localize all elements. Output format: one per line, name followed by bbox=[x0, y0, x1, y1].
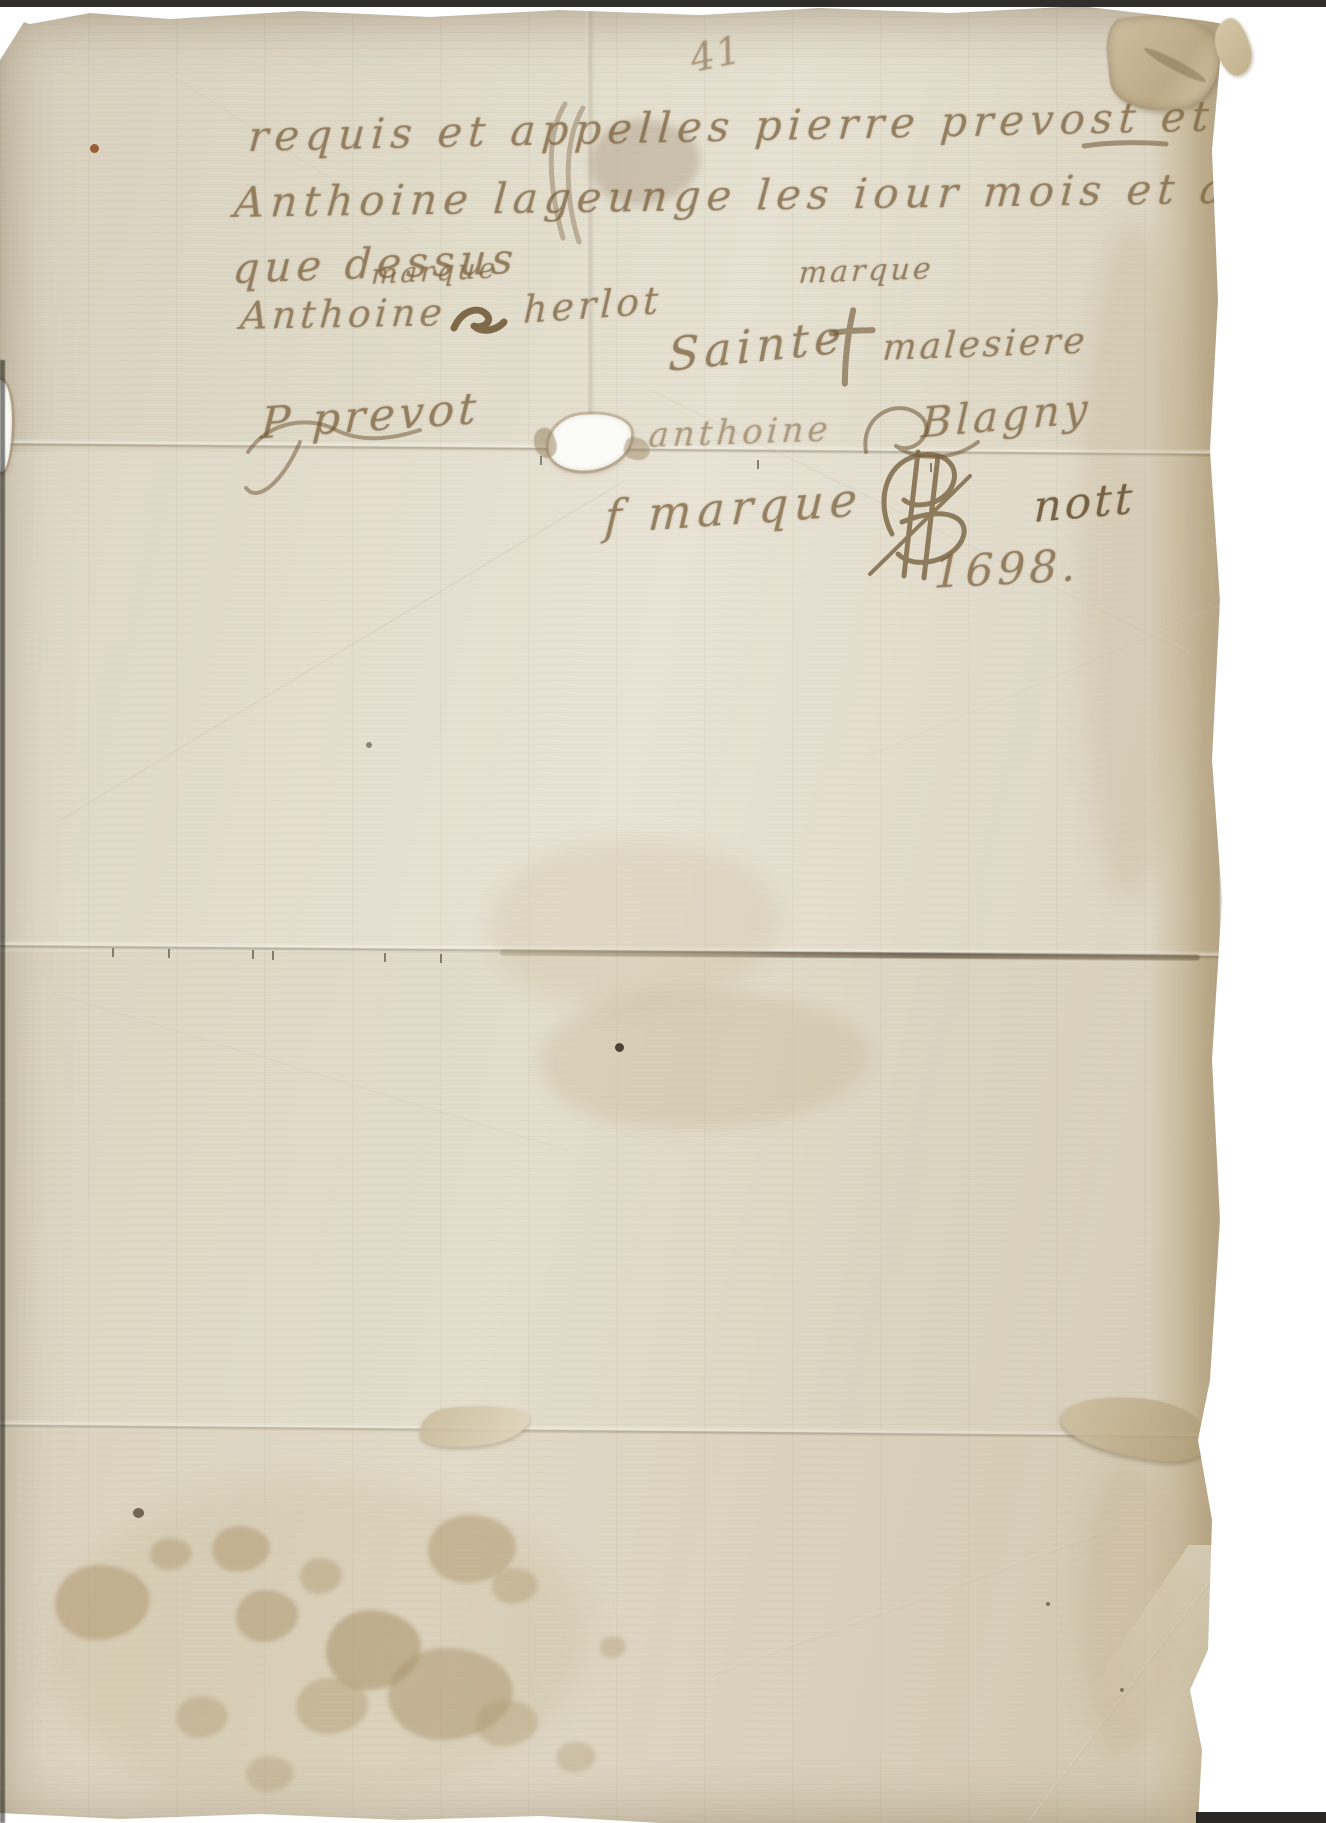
scanner-edge-top bbox=[0, 0, 1326, 7]
name-anthoine-faint: anthoine bbox=[647, 410, 833, 457]
notary-monogram-icon bbox=[854, 438, 986, 584]
stitch-mark bbox=[440, 954, 442, 963]
cross-mark-icon bbox=[816, 301, 881, 394]
stitch-mark bbox=[252, 950, 254, 959]
stitch-mark bbox=[168, 949, 170, 958]
dark-speck bbox=[615, 1043, 624, 1052]
notary-abbreviation: nott bbox=[1033, 473, 1136, 533]
scanner-edge-left bbox=[0, 360, 5, 1823]
dark-speck bbox=[133, 1508, 144, 1518]
dark-speck bbox=[1046, 1602, 1050, 1606]
handwriting-line-2: Anthoine lageunge les iour mois et an bbox=[232, 164, 1265, 227]
name-herlot: herlot bbox=[522, 278, 663, 332]
scanner-edge-bottom-right bbox=[1196, 1812, 1326, 1823]
stitch-mark bbox=[112, 948, 114, 957]
scanned-document: 41 requis et appelles pierre prevost et … bbox=[0, 0, 1326, 1823]
dark-speck bbox=[1120, 1688, 1124, 1692]
word-malesiere: malesiere bbox=[881, 321, 1089, 369]
page-number: 41 bbox=[686, 27, 746, 81]
marque-label-left: marque bbox=[370, 251, 499, 291]
stitch-mark bbox=[272, 951, 274, 960]
paper-sheet: 41 requis et appelles pierre prevost et … bbox=[0, 0, 1326, 1823]
dark-speck bbox=[366, 742, 372, 748]
name-anthoine: Anthoine bbox=[239, 290, 448, 338]
stitch-mark bbox=[384, 953, 386, 962]
marque-label-right: marque bbox=[798, 251, 935, 291]
stitch-mark bbox=[540, 456, 542, 465]
handwriting-line-1: requis et appelles pierre prevost et bbox=[247, 92, 1217, 161]
line1-end-dash-icon bbox=[1080, 134, 1170, 154]
anthoine-mark-icon bbox=[448, 298, 512, 344]
tall-flourish-icon bbox=[505, 96, 595, 246]
stitch-mark bbox=[757, 460, 759, 469]
prevot-flourish-icon bbox=[238, 400, 468, 510]
rust-speck bbox=[90, 144, 99, 153]
